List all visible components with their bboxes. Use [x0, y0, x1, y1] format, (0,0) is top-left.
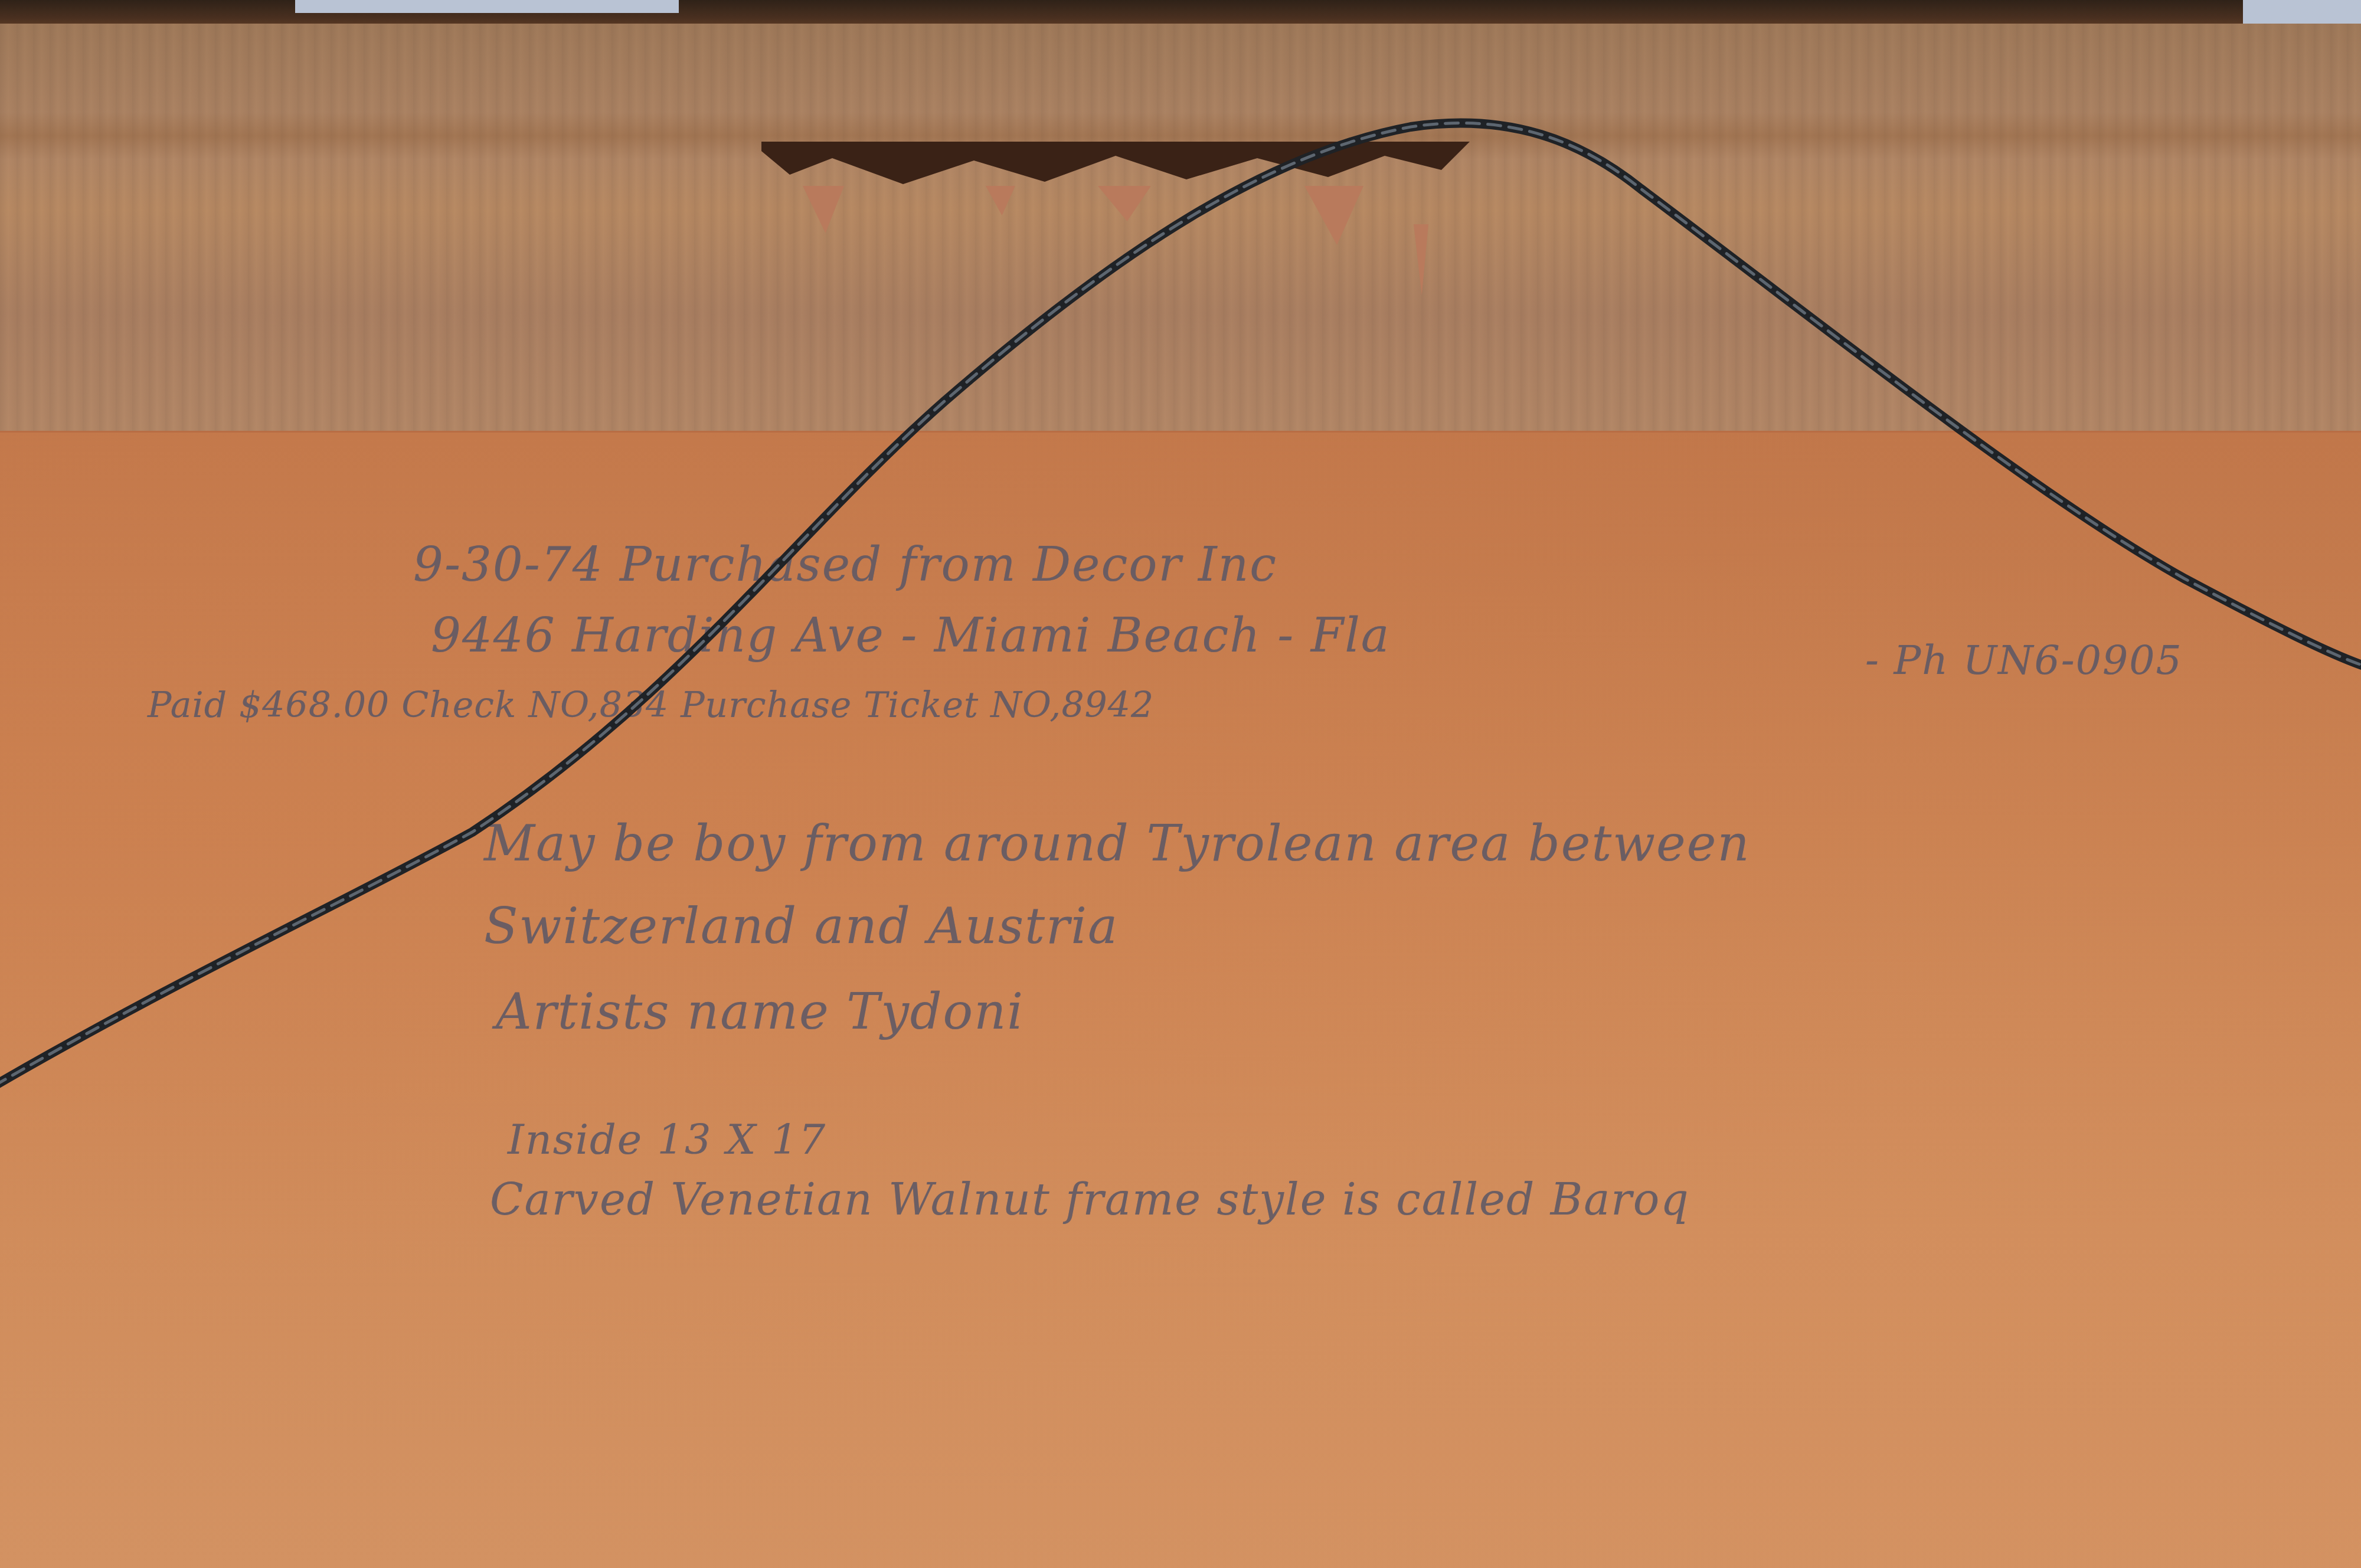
note-subject: May be boy from around Tyrolean area bet… — [484, 814, 1751, 872]
backing-paper — [0, 431, 2361, 1568]
frame-gap-left — [295, 0, 679, 13]
note-dimensions: Inside 13 X 17 — [508, 1115, 826, 1164]
note-payment: Paid $468.00 Check NO,834 Purchase Ticke… — [148, 685, 1154, 726]
note-phone: - Ph UN6-0905 — [1865, 637, 2183, 684]
note-region: Switzerland and Austria — [484, 897, 1119, 955]
note-frame-style: Carved Venetian Walnut frame style is ca… — [490, 1174, 1690, 1225]
frame-gap-right — [2243, 0, 2361, 24]
note-purchase-date: 9-30-74 Purchased from Decor Inc — [413, 537, 1277, 592]
backing-tape — [0, 24, 2361, 437]
painting-back: 9-30-74 Purchased from Decor Inc 9446 Ha… — [0, 0, 2361, 1568]
note-address: 9446 Harding Ave - Miami Beach - Fla — [431, 608, 1391, 663]
note-artist: Artists name Tydoni — [496, 983, 1024, 1040]
